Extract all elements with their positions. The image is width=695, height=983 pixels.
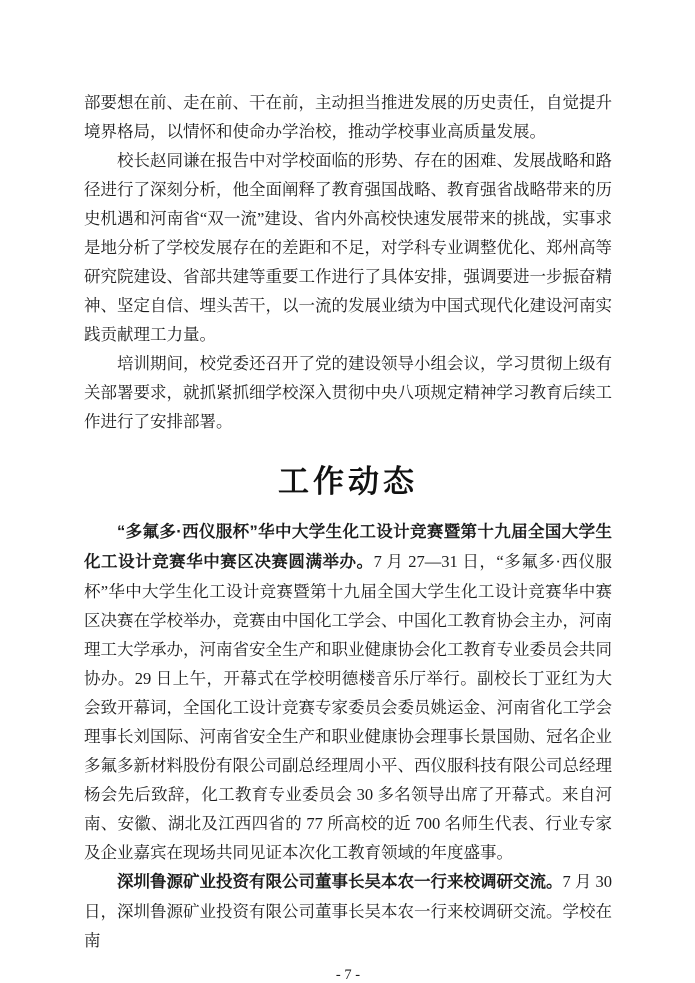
news-item: 深圳鲁源矿业投资有限公司董事长吴本农一行来校调研交流。7 月 30 日，深圳鲁源… bbox=[84, 867, 612, 955]
news-body: 7 月 27—31 日，“多氟多·西仪服杯”华中大学生化工设计竞赛暨第十九届全国… bbox=[84, 552, 612, 862]
news-headline: 深圳鲁源矿业投资有限公司董事长吴本农一行来校调研交流。 bbox=[117, 873, 563, 891]
section-heading: 工作动态 bbox=[84, 462, 612, 502]
paragraph-continuation: 部要想在前、走在前、干在前，主动担当推进发展的历史责任，自觉提升境界格局，以情怀… bbox=[84, 88, 612, 146]
paragraph-training-meeting: 培训期间，校党委还召开了党的建设领导小组会议，学习贯彻上级有关部署要求，就抓紧抓… bbox=[84, 349, 612, 436]
document-page: 部要想在前、走在前、干在前，主动担当推进发展的历史责任，自觉提升境界格局，以情怀… bbox=[0, 0, 695, 983]
news-item: “多氟多·西仪服杯”华中大学生化工设计竞赛暨第十九届全国大学生化工设计竞赛华中赛… bbox=[84, 517, 612, 867]
paragraph-president-report: 校长赵同谦在报告中对学校面临的形势、存在的困难、发展战略和路径进行了深刻分析，他… bbox=[84, 146, 612, 349]
page-number: - 7 - bbox=[84, 965, 612, 983]
